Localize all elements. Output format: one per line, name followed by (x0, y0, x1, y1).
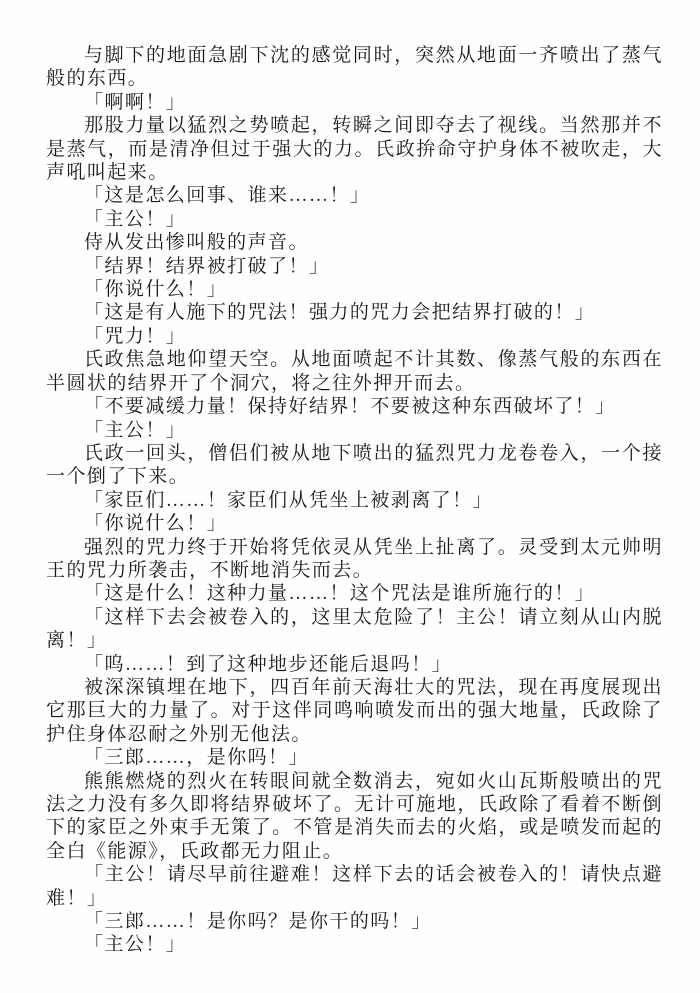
page-text: 与脚下的地面急剧下沈的感觉同时，突然从地面一齐喷出了蒸气般的东西。「啊啊！」那股… (46, 44, 663, 957)
paragraph-26: 「主公！」 (46, 933, 663, 956)
paragraph-1: 与脚下的地面急剧下沈的感觉同时，突然从地面一齐喷出了蒸气般的东西。 (46, 44, 663, 91)
paragraph-9: 「这是有人施下的咒法！强力的咒力会把结界打破的！」 (46, 301, 663, 324)
paragraph-12: 「不要减缓力量！保持好结界！不要被这种东西破坏了！」 (46, 395, 663, 418)
paragraph-17: 强烈的咒力终于开始将凭依灵从凭坐上扯离了。灵受到太元帅明王的咒力所袭击，不断地消… (46, 536, 663, 583)
paragraph-11: 氏政焦急地仰望天空。从地面喷起不计其数、像蒸气般的东西在半圆状的结界开了个洞穴，… (46, 348, 663, 395)
paragraph-18: 「这是什么！这种力量……！这个咒法是谁所施行的！」 (46, 582, 663, 605)
paragraph-2: 「啊啊！」 (46, 91, 663, 114)
paragraph-15: 「家臣们……！家臣们从凭坐上被剥离了！」 (46, 489, 663, 512)
paragraph-10: 「咒力！」 (46, 325, 663, 348)
paragraph-8: 「你说什么！」 (46, 278, 663, 301)
paragraph-19: 「这样下去会被卷入的，这里太危险了！主公！请立刻从山内脱离！」 (46, 606, 663, 653)
paragraph-22: 「三郎……，是你吗！」 (46, 746, 663, 769)
paragraph-14: 氏政一回头，僧侣们被从地下喷出的猛烈咒力龙卷卷入，一个接一个倒了下来。 (46, 442, 663, 489)
document-page: 与脚下的地面急剧下沈的感觉同时，突然从地面一齐喷出了蒸气般的东西。「啊啊！」那股… (0, 0, 700, 993)
paragraph-24: 「主公！请尽早前往避难！这样下去的话会被卷入的！请快点避难！」 (46, 863, 663, 910)
paragraph-16: 「你说什么！」 (46, 512, 663, 535)
paragraph-20: 「呜……！到了这种地步还能后退吗！」 (46, 653, 663, 676)
paragraph-13: 「主公！」 (46, 419, 663, 442)
paragraph-3: 那股力量以猛烈之势喷起，转瞬之间即夺去了视线。当然那并不是蒸气，而是清净但过于强… (46, 114, 663, 184)
paragraph-4: 「这是怎么回事、谁来……！」 (46, 184, 663, 207)
paragraph-6: 侍从发出惨叫般的声音。 (46, 231, 663, 254)
paragraph-5: 「主公！」 (46, 208, 663, 231)
paragraph-25: 「三郎……！是你吗？是你干的吗！」 (46, 910, 663, 933)
paragraph-23: 熊熊燃烧的烈火在转眼间就全数消去，宛如火山瓦斯般喷出的咒法之力没有多久即将结界破… (46, 770, 663, 864)
paragraph-7: 「结界！结界被打破了！」 (46, 255, 663, 278)
paragraph-21: 被深深镇埋在地下，四百年前天海壮大的咒法，现在再度展现出它那巨大的力量了。对于这… (46, 676, 663, 746)
